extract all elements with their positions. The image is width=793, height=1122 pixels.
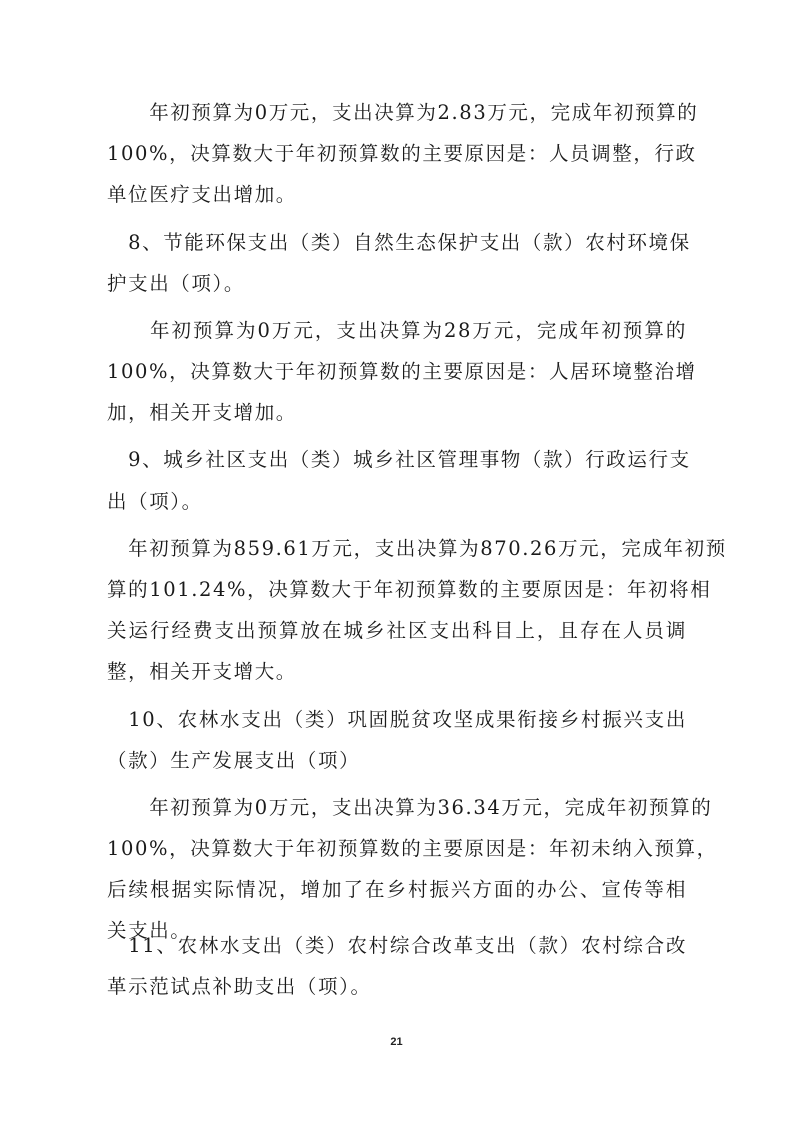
section-heading-line: 9、城乡社区支出（类）城乡社区管理事物（款）行政运行支 [107, 448, 687, 472]
paragraph-line: 100%，决算数大于年初预算数的主要原因是：年初未纳入预算， [107, 837, 687, 861]
section-heading-line: 出（项）。 [107, 490, 687, 514]
section-heading-line: 革示范试点补助支出（项）。 [107, 975, 687, 999]
paragraph-line: 年初预算为0万元，支出决算为28万元，完成年初预算的 [107, 319, 687, 343]
paragraph-line: 后续根据实际情况，增加了在乡村振兴方面的办公、宣传等相 [107, 878, 687, 902]
section-heading-line: 8、节能环保支出（类）自然生态保护支出（款）农村环境保 [107, 231, 687, 255]
paragraph-line: 算的101.24%，决算数大于年初预算数的主要原因是：年初将相 [107, 578, 687, 602]
paragraph-line: 年初预算为0万元，支出决算为2.83万元，完成年初预算的 [107, 101, 687, 125]
document-page: 年初预算为0万元，支出决算为2.83万元，完成年初预算的 100%，决算数大于年… [0, 0, 793, 1122]
page-number: 21 [0, 1036, 793, 1048]
paragraph-line: 单位医疗支出增加。 [107, 183, 687, 207]
section-heading-line: 11、农林水支出（类）农村综合改革支出（款）农村综合改 [107, 934, 687, 958]
section-heading-line: 10、农林水支出（类）巩固脱贫攻坚成果衔接乡村振兴支出 [107, 708, 687, 732]
section-heading-line: （款）生产发展支出（项） [107, 749, 687, 773]
paragraph-line: 关运行经费支出预算放在城乡社区支出科目上，且存在人员调 [107, 619, 687, 643]
section-heading-line: 护支出（项）。 [107, 272, 687, 296]
paragraph-line: 100%，决算数大于年初预算数的主要原因是：人居环境整治增 [107, 360, 687, 384]
paragraph-line: 100%，决算数大于年初预算数的主要原因是：人员调整，行政 [107, 142, 687, 166]
paragraph-line: 年初预算为0万元，支出决算为36.34万元，完成年初预算的 [107, 796, 687, 820]
paragraph-line: 整，相关开支增大。 [107, 660, 687, 684]
paragraph-line: 年初预算为859.61万元，支出决算为870.26万元，完成年初预 [107, 537, 687, 561]
paragraph-line: 加，相关开支增加。 [107, 401, 687, 425]
